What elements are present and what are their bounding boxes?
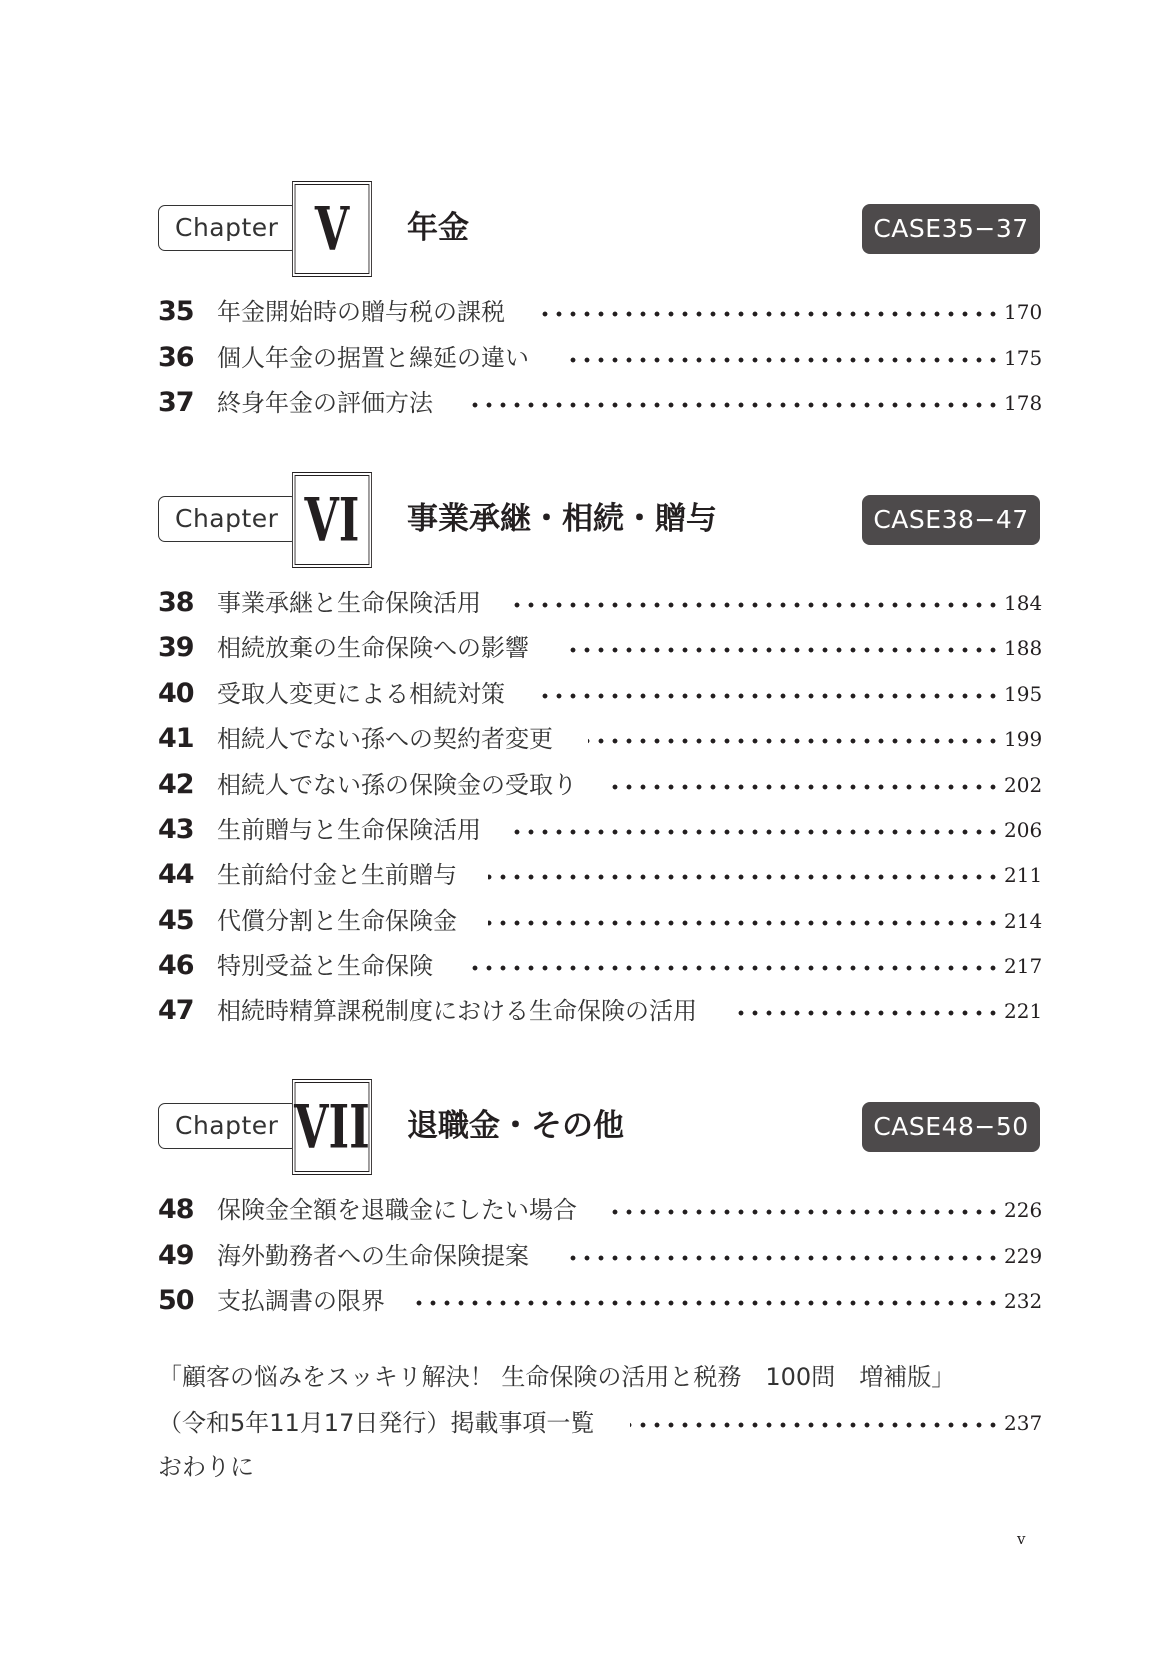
entry-page: 221 [1004, 991, 1042, 1031]
entry-number: 37 [158, 383, 194, 423]
toc-entry[interactable]: 49 海外勤務者への生命保険提案 229 [0, 1236, 1166, 1276]
entry-number: 45 [158, 901, 194, 941]
chapter-label: Chapter [158, 1103, 298, 1149]
toc-entry[interactable]: 45 代償分割と生命保険金 214 [0, 901, 1166, 941]
entry-number: 48 [158, 1190, 194, 1230]
toc-entry[interactable]: 35 年金開始時の贈与税の課税 170 [0, 292, 1166, 332]
dot-leader [610, 1209, 1000, 1215]
toc-entry[interactable]: 50 支払調書の限界 232 [0, 1281, 1166, 1321]
entry-number: 47 [158, 991, 194, 1031]
toc-entry[interactable]: 47 相続時精算課税制度における生命保険の活用 221 [0, 991, 1166, 1031]
entry-title: 代償分割と生命保険金 [217, 901, 457, 941]
entry-number: 36 [158, 338, 194, 378]
chapter-numeral: VII [294, 1092, 370, 1162]
entry-page: 199 [1004, 719, 1042, 759]
chapter-numeral: V [315, 194, 349, 264]
toc-entry[interactable]: 38 事業承継と生命保険活用 184 [0, 583, 1166, 623]
entry-page: 229 [1004, 1236, 1042, 1276]
toc-entry[interactable]: 43 生前贈与と生命保険活用 206 [0, 810, 1166, 850]
entry-title: 受取人変更による相続対策 [217, 674, 505, 714]
chapter-numeral-box: V [292, 181, 372, 277]
entry-page: 232 [1004, 1281, 1042, 1321]
toc-entry[interactable]: 46 特別受益と生命保険 217 [0, 946, 1166, 986]
entry-title: 特別受益と生命保険 [217, 946, 433, 986]
entry-page: 206 [1004, 810, 1042, 850]
entry-title: 生前贈与と生命保険活用 [217, 810, 481, 850]
entry-page: 214 [1004, 901, 1042, 941]
dot-leader [630, 1422, 1000, 1428]
dot-leader [562, 647, 1000, 653]
entry-number: 44 [158, 855, 194, 895]
entry-title: 個人年金の据置と繰延の違い [217, 338, 529, 378]
entry-number: 43 [158, 810, 194, 850]
entry-title: 事業承継と生命保険活用 [217, 583, 481, 623]
toc-entry-appendix[interactable]: （令和5年11月17日発行）掲載事項一覧 237 [0, 1403, 1166, 1443]
entry-title: 相続人でない孫への契約者変更 [217, 719, 553, 759]
toc-entry[interactable]: 42 相続人でない孫の保険金の受取り 202 [0, 765, 1166, 805]
entry-page: 195 [1004, 674, 1042, 714]
entry-number: 41 [158, 719, 194, 759]
entry-title: 相続時精算課税制度における生命保険の活用 [217, 991, 697, 1031]
entry-number: 40 [158, 674, 194, 714]
dot-leader [466, 402, 1000, 408]
chapter-numeral-box: VI [292, 472, 372, 568]
entry-title: 相続人でない孫の保険金の受取り [217, 765, 577, 805]
chapter-numeral: VI [305, 485, 360, 555]
chapter-label: Chapter [158, 205, 298, 251]
entry-page: 237 [1004, 1403, 1042, 1443]
entry-number: 39 [158, 628, 194, 668]
dot-leader [464, 965, 1000, 971]
entry-number: 38 [158, 583, 194, 623]
chapter-header-5: Chapter V 年金 CASE35−37 [0, 181, 1166, 281]
chapter-label: Chapter [158, 496, 298, 542]
toc-entry[interactable]: 48 保険金全額を退職金にしたい場合 226 [0, 1190, 1166, 1230]
entry-number: 49 [158, 1236, 194, 1276]
chapter-header-6: Chapter VI 事業承継・相続・贈与 CASE38−47 [0, 472, 1166, 572]
dot-leader [612, 784, 1000, 790]
case-range-badge: CASE38−47 [862, 495, 1040, 545]
chapter-title: 事業承継・相続・贈与 [407, 494, 717, 544]
chapter-header-7: Chapter VII 退職金・その他 CASE48−50 [0, 1079, 1166, 1179]
entry-number: 50 [158, 1281, 194, 1321]
toc-entry[interactable]: 37 終身年金の評価方法 178 [0, 383, 1166, 423]
dot-leader [736, 1010, 1000, 1016]
entry-title: 相続放棄の生命保険への影響 [217, 628, 529, 668]
entry-page: 170 [1004, 292, 1042, 332]
chapter-title: 退職金・その他 [407, 1101, 624, 1151]
entry-title: （令和5年11月17日発行）掲載事項一覧 [158, 1403, 594, 1443]
toc-entry[interactable]: 40 受取人変更による相続対策 195 [0, 674, 1166, 714]
case-range-badge: CASE35−37 [862, 204, 1040, 254]
dot-leader [588, 738, 1000, 744]
entry-page: 217 [1004, 946, 1042, 986]
entry-title: 海外勤務者への生命保険提案 [217, 1236, 529, 1276]
toc-entry[interactable]: 41 相続人でない孫への契約者変更 199 [0, 719, 1166, 759]
dot-leader [512, 829, 1000, 835]
entry-page: 188 [1004, 628, 1042, 668]
toc-entry[interactable]: 44 生前給付金と生前贈与 211 [0, 855, 1166, 895]
entry-title: 支払調書の限界 [217, 1281, 385, 1321]
entry-number: 42 [158, 765, 194, 805]
dot-leader [488, 874, 1000, 880]
chapter-title: 年金 [407, 203, 469, 253]
dot-leader [412, 1300, 1000, 1306]
entry-page: 178 [1004, 383, 1042, 423]
entry-number: 46 [158, 946, 194, 986]
closing-entry[interactable]: おわりに [158, 1447, 254, 1487]
entry-page: 211 [1004, 855, 1042, 895]
dot-leader [540, 311, 1000, 317]
appendix-line-1: 「顧客の悩みをスッキリ解決！ 生命保険の活用と税務 100問 増補版」 [158, 1357, 955, 1397]
page-folio: v [1017, 1530, 1025, 1548]
dot-leader [564, 1255, 1000, 1261]
toc-entry[interactable]: 36 個人年金の据置と繰延の違い 175 [0, 338, 1166, 378]
entry-page: 226 [1004, 1190, 1042, 1230]
entry-number: 35 [158, 292, 194, 332]
dot-leader [538, 693, 1000, 699]
chapter-numeral-box: VII [292, 1079, 372, 1175]
entry-title: 生前給付金と生前贈与 [217, 855, 457, 895]
entry-page: 184 [1004, 583, 1042, 623]
case-range-badge: CASE48−50 [862, 1102, 1040, 1152]
entry-page: 175 [1004, 338, 1042, 378]
toc-entry[interactable]: 39 相続放棄の生命保険への影響 188 [0, 628, 1166, 668]
dot-leader [564, 357, 1000, 363]
entry-page: 202 [1004, 765, 1042, 805]
dot-leader [488, 920, 1000, 926]
dot-leader [512, 602, 1000, 608]
entry-title: 終身年金の評価方法 [217, 383, 433, 423]
entry-title: 年金開始時の贈与税の課税 [217, 292, 505, 332]
entry-title: 保険金全額を退職金にしたい場合 [217, 1190, 577, 1230]
